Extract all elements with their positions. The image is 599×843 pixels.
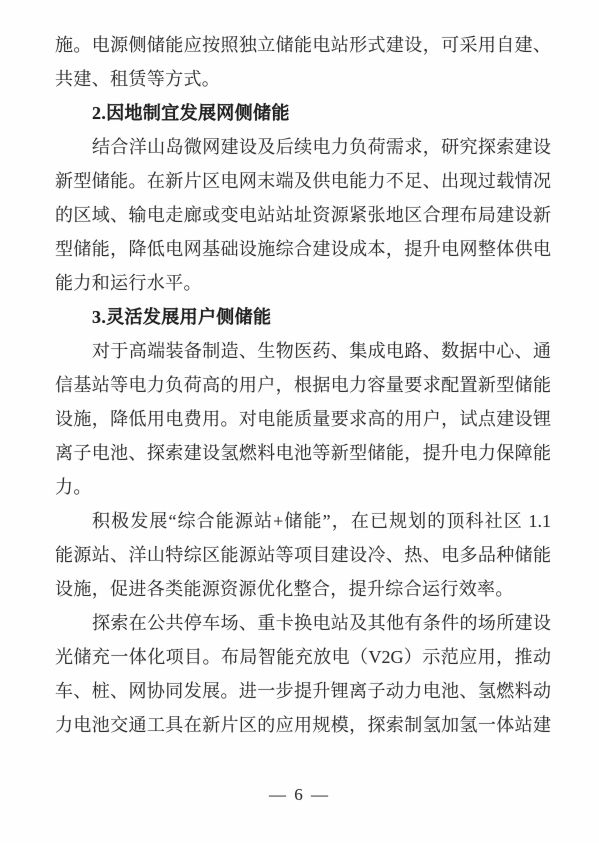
- text-line: 的区域、输电走廊或变电站站址资源紧张地区合理布局建设新: [55, 198, 551, 232]
- text-line: 探索在公共停车场、重卡换电站及其他有条件的场所建设: [55, 606, 551, 640]
- text-line: 离子电池、探索建设氢燃料电池等新型储能，提升电力保障能: [55, 436, 551, 470]
- text-line: 车、桩、网协同发展。进一步提升锂离子动力电池、氢燃料动: [55, 674, 551, 708]
- text-line: 力。: [55, 470, 551, 504]
- text-line: 力电池交通工具在新片区的应用规模，探索制氢加氢一体站建: [55, 708, 551, 742]
- text-line: 结合洋山岛微网建设及后续电力负荷需求，研究探索建设: [55, 130, 551, 164]
- text-line: 施。电源侧储能应按照独立储能电站形式建设，可采用自建、: [55, 28, 551, 62]
- text-line: 型储能，降低电网基础设施综合建设成本，提升电网整体供电: [55, 232, 551, 266]
- text-line: 新型储能。在新片区电网末端及供电能力不足、出现过载情况: [55, 164, 551, 198]
- document-body: 施。电源侧储能应按照独立储能电站形式建设，可采用自建、共建、租赁等方式。2.因地…: [55, 28, 551, 742]
- text-line: 设施，降低用电费用。对电能质量要求高的用户，试点建设锂: [55, 402, 551, 436]
- text-line: 信基站等电力负荷高的用户，根据电力容量要求配置新型储能: [55, 368, 551, 402]
- text-line: 设施，促进各类能源资源优化整合，提升综合运行效率。: [55, 572, 551, 606]
- text-line: 积极发展“综合能源站+储能”，在已规划的顶科社区 1.1: [55, 504, 551, 538]
- section-heading: 3.灵活发展用户侧储能: [55, 300, 551, 334]
- section-heading: 2.因地制宜发展网侧储能: [55, 96, 551, 130]
- text-line: 共建、租赁等方式。: [55, 62, 551, 96]
- text-line: 能力和运行水平。: [55, 266, 551, 300]
- text-line: 对于高端装备制造、生物医药、集成电路、数据中心、通: [55, 334, 551, 368]
- text-line: 光储充一体化项目。布局智能充放电（V2G）示范应用，推动: [55, 640, 551, 674]
- text-line: 能源站、洋山特综区能源站等项目建设冷、热、电多品种储能: [55, 538, 551, 572]
- page-number: — 6 —: [0, 782, 599, 808]
- document-page: 施。电源侧储能应按照独立储能电站形式建设，可采用自建、共建、租赁等方式。2.因地…: [0, 0, 599, 843]
